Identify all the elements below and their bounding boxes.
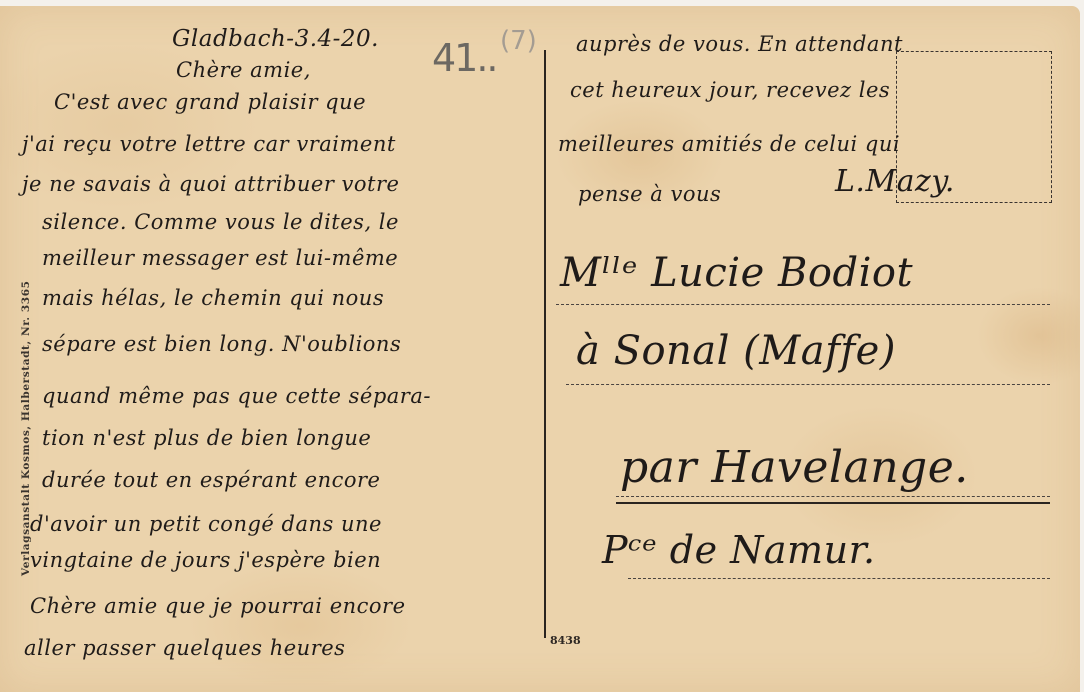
message-continuation-line: pense à vous	[578, 182, 721, 206]
card-number: 8438	[550, 634, 581, 647]
postcard-back: 41.. (7) Verlagsanstalt Kosmos, Halberst…	[0, 6, 1080, 692]
address-recipient: Mˡˡᵉ Lucie Bodiot	[560, 250, 913, 296]
card-divider-line	[544, 50, 546, 638]
address-line-rule	[556, 304, 1050, 305]
place-date: Gladbach-3.4-20.	[172, 26, 379, 52]
salutation: Chère amie,	[176, 58, 311, 82]
address-post-office: par Havelange.	[620, 442, 969, 493]
address-line-rule	[628, 578, 1050, 579]
message-continuation-line: meilleures amitiés de celui qui	[558, 132, 900, 156]
address-line-rule	[566, 384, 1050, 385]
message-line: j'ai reçu votre lettre car vraiment	[22, 132, 396, 156]
message-line: d'avoir un petit congé dans une	[30, 512, 382, 536]
message-line: quand même pas que cette sépara-	[42, 384, 431, 408]
message-line: meilleur messager est lui-même	[42, 246, 398, 270]
message-line: durée tout en espérant encore	[42, 468, 380, 492]
address-line-rule	[616, 496, 1050, 497]
address-locality: à Sonal (Maffe)	[576, 328, 896, 374]
message-line: tion n'est plus de bien longue	[42, 426, 371, 450]
pencil-annotation-faint: (7)	[500, 26, 537, 56]
message-line: vingtaine de jours j'espère bien	[30, 548, 381, 572]
message-line: sépare est bien long. N'oublions	[42, 332, 401, 356]
message-line: je ne savais à quoi attribuer votre	[22, 172, 399, 196]
message-line: Chère amie que je pourrai encore	[30, 594, 406, 618]
message-line: aller passer quelques heures	[24, 636, 345, 660]
address-province: Pᶜᵉ de Namur.	[602, 528, 876, 572]
message-line: C'est avec grand plaisir que	[54, 90, 366, 114]
pencil-annotation: 41..	[432, 36, 497, 80]
signature: L.Mazy.	[835, 164, 955, 199]
message-continuation-line: auprès de vous. En attendant	[576, 32, 903, 56]
message-line: mais hélas, le chemin qui nous	[42, 286, 384, 310]
message-line: silence. Comme vous le dites, le	[42, 210, 399, 234]
address-underline	[616, 502, 1050, 504]
message-continuation-line: cet heureux jour, recevez les	[570, 78, 890, 102]
